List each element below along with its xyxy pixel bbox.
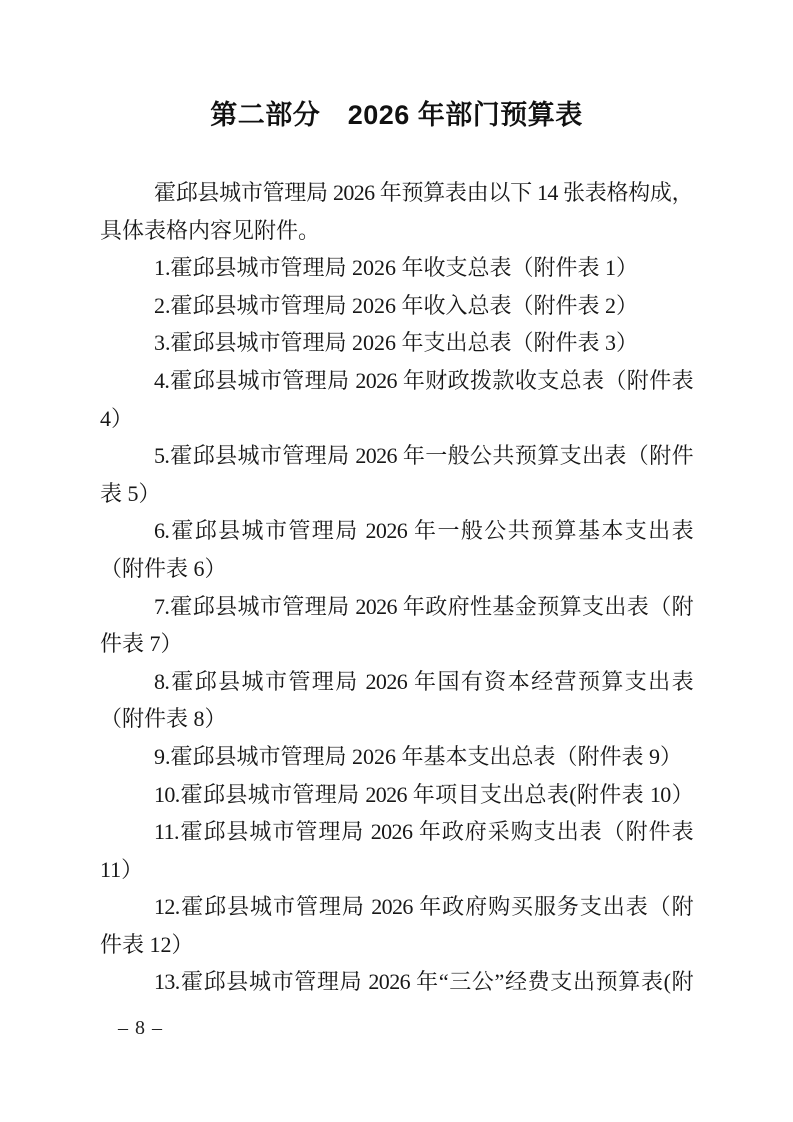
text-line-19: 11） [100,851,693,889]
text-line-20: 12.霍邱县城市管理局 2026 年政府购买服务支出表（附 [100,888,693,926]
text-line-9: 表 5） [100,475,693,513]
text-line-15: （附件表 8） [100,700,693,738]
text-line-7: 4） [100,400,693,438]
text-line-6: 4.霍邱县城市管理局 2026 年财政拨款收支总表（附件表 [100,362,693,400]
text-line-11: （附件表 6） [100,550,693,588]
text-line-18: 11.霍邱县城市管理局 2026 年政府采购支出表（附件表 [100,813,693,851]
text-line-21: 件表 12） [100,926,693,964]
text-line-5: 3.霍邱县城市管理局 2026 年支出总表（附件表 3） [100,324,693,362]
text-line-22: 13.霍邱县城市管理局 2026 年“三公”经费支出预算表(附 [100,963,693,1001]
page-number: – 8 – [118,1014,163,1042]
text-line-8: 5.霍邱县城市管理局 2026 年一般公共预算支出表（附件 [100,437,693,475]
text-line-3: 1.霍邱县城市管理局 2026 年收支总表（附件表 1） [100,249,693,287]
text-line-16: 9.霍邱县城市管理局 2026 年基本支出总表（附件表 9） [100,738,693,776]
document-page: 第二部分 2026 年部门预算表 霍邱县城市管理局 2026 年预算表由以下 1… [0,0,793,1122]
text-line-4: 2.霍邱县城市管理局 2026 年收入总表（附件表 2） [100,287,693,325]
text-line-13: 件表 7） [100,625,693,663]
page-title: 第二部分 2026 年部门预算表 [0,97,793,133]
text-line-2: 具体表格内容见附件。 [100,212,693,250]
text-line-10: 6.霍邱县城市管理局 2026 年一般公共预算基本支出表 [100,512,693,550]
body-text-block: 霍邱县城市管理局 2026 年预算表由以下 14 张表格构成，具体表格内容见附件… [100,174,693,1001]
text-line-17: 10.霍邱县城市管理局 2026 年项目支出总表(附件表 10） [100,776,693,814]
text-line-14: 8.霍邱县城市管理局 2026 年国有资本经营预算支出表 [100,663,693,701]
text-line-12: 7.霍邱县城市管理局 2026 年政府性基金预算支出表（附 [100,588,693,626]
text-line-1: 霍邱县城市管理局 2026 年预算表由以下 14 张表格构成， [100,174,693,212]
